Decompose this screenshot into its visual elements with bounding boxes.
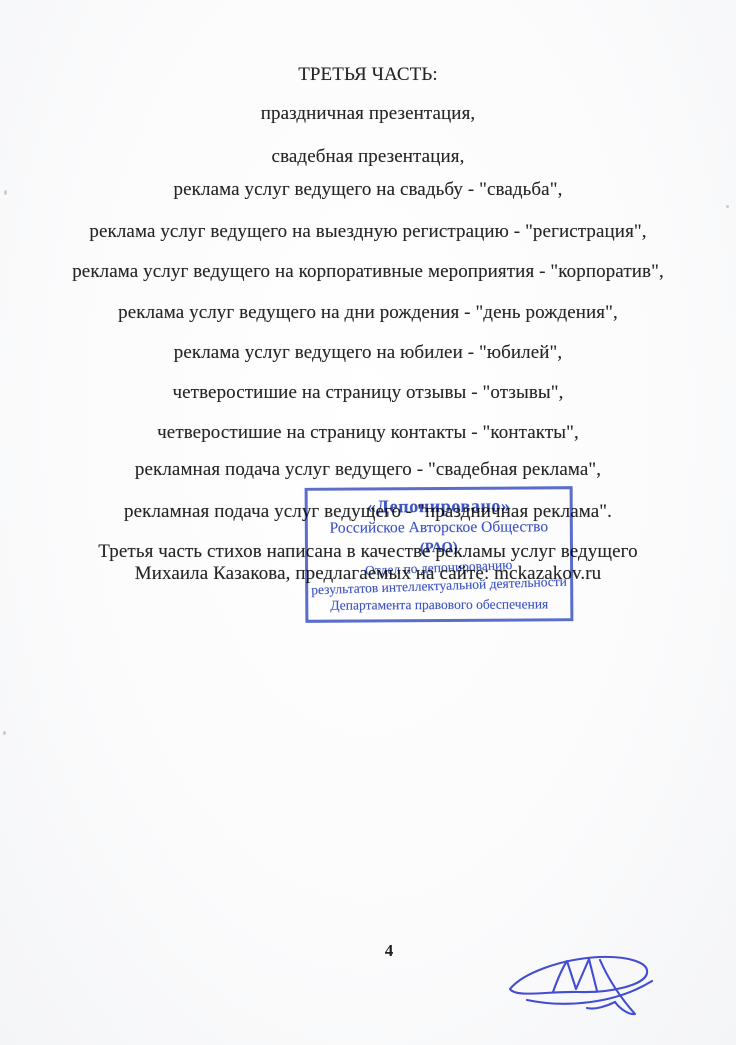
- stamp-title: «Депонировано»: [367, 496, 511, 516]
- handwritten-signature: [503, 936, 659, 1020]
- document-line: четверостишие на страницу контакты - "ко…: [0, 422, 736, 444]
- scan-speck: [3, 731, 6, 735]
- document-line: реклама услуг ведущего на корпоративные …: [0, 261, 736, 283]
- stamp-dept-line: Департамента правового обеспечения: [330, 598, 548, 614]
- document-line: реклама услуг ведущего на дни рождения -…: [0, 302, 736, 324]
- document-line: реклама услуг ведущего на свадьбу - "сва…: [0, 179, 736, 201]
- stamp-dept-line: Отдел по депонированию: [365, 558, 513, 578]
- document-line: праздничная презентация,: [0, 103, 736, 125]
- scan-speck: [4, 190, 7, 195]
- stamp-dept-line: результатов интеллектуальной деятельност…: [311, 575, 567, 598]
- scanned-document-page: ТРЕТЬЯ ЧАСТЬ: праздничная презентация, с…: [0, 0, 736, 1045]
- document-line: реклама услуг ведущего на выездную регис…: [0, 221, 736, 243]
- document-line: рекламная подача услуг ведущего - "сваде…: [0, 459, 736, 481]
- rao-deposit-stamp: «Депонировано» Российское Авторское Обще…: [305, 486, 574, 623]
- document-line: реклама услуг ведущего на юбилеи - "юбил…: [0, 342, 736, 364]
- document-title: ТРЕТЬЯ ЧАСТЬ:: [0, 64, 736, 86]
- stamp-org-abbr: (РАО): [420, 540, 458, 556]
- scan-speck: [726, 205, 729, 208]
- document-line: четверостишие на страницу отзывы - "отзы…: [0, 382, 736, 404]
- stamp-org-name: Российское Авторское Общество: [330, 519, 549, 537]
- document-line: свадебная презентация,: [0, 146, 736, 168]
